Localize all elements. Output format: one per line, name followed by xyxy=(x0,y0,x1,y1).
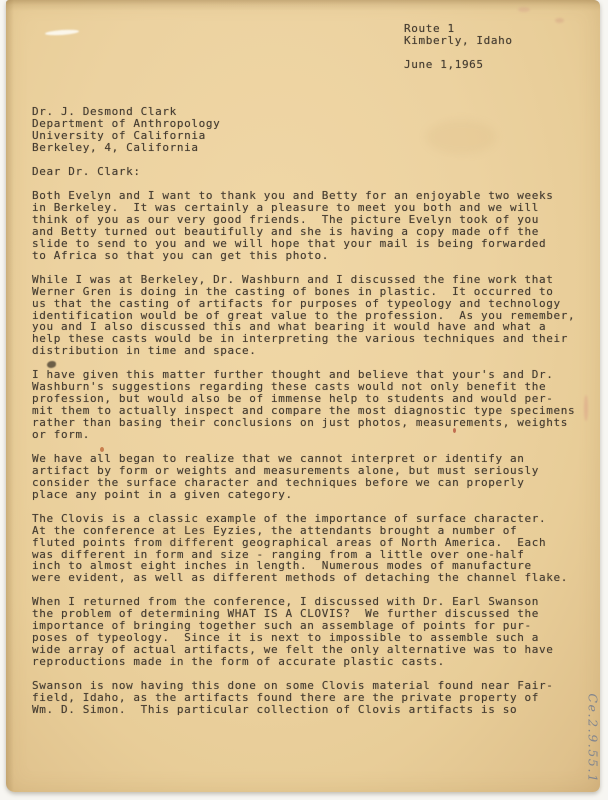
scanner-background: Route 1 Kimberly, Idaho June 1,1965 Dr. … xyxy=(0,0,608,800)
scan-scratch-mark xyxy=(45,29,79,36)
paragraph: I have given this matter further thought… xyxy=(32,369,592,441)
recipient-line: Berkeley, 4, California xyxy=(32,142,220,154)
letter-page: Route 1 Kimberly, Idaho June 1,1965 Dr. … xyxy=(6,0,600,792)
letter-date: June 1,1965 xyxy=(404,59,513,71)
paper-left-edge-shadow xyxy=(6,0,14,792)
handwritten-catalog-mark: Ce.2.9.55.1 xyxy=(586,684,601,794)
sender-address-line: Kimberly, Idaho xyxy=(404,35,513,47)
paragraph: Both Evelyn and I want to thank you and … xyxy=(32,190,592,262)
paragraph: The Clovis is a classic example of the i… xyxy=(32,513,592,585)
paragraph: Swanson is now having this done on some … xyxy=(32,680,592,716)
salutation: Dear Dr. Clark: xyxy=(32,166,141,178)
paragraph: We have all began to realize that we can… xyxy=(32,453,592,501)
paper-mottle-shade xyxy=(426,120,496,154)
paragraph: While I was at Berkeley, Dr. Washburn an… xyxy=(32,274,592,358)
letter-body: Both Evelyn and I want to thank you and … xyxy=(32,190,592,728)
recipient-address-block: Dr. J. Desmond Clark Department of Anthr… xyxy=(32,106,220,154)
paper-top-crease xyxy=(6,0,600,11)
paper-blot-stain xyxy=(555,18,564,23)
paragraph: When I returned from the conference, I d… xyxy=(32,596,592,668)
sender-address-block: Route 1 Kimberly, Idaho June 1,1965 xyxy=(404,23,513,71)
